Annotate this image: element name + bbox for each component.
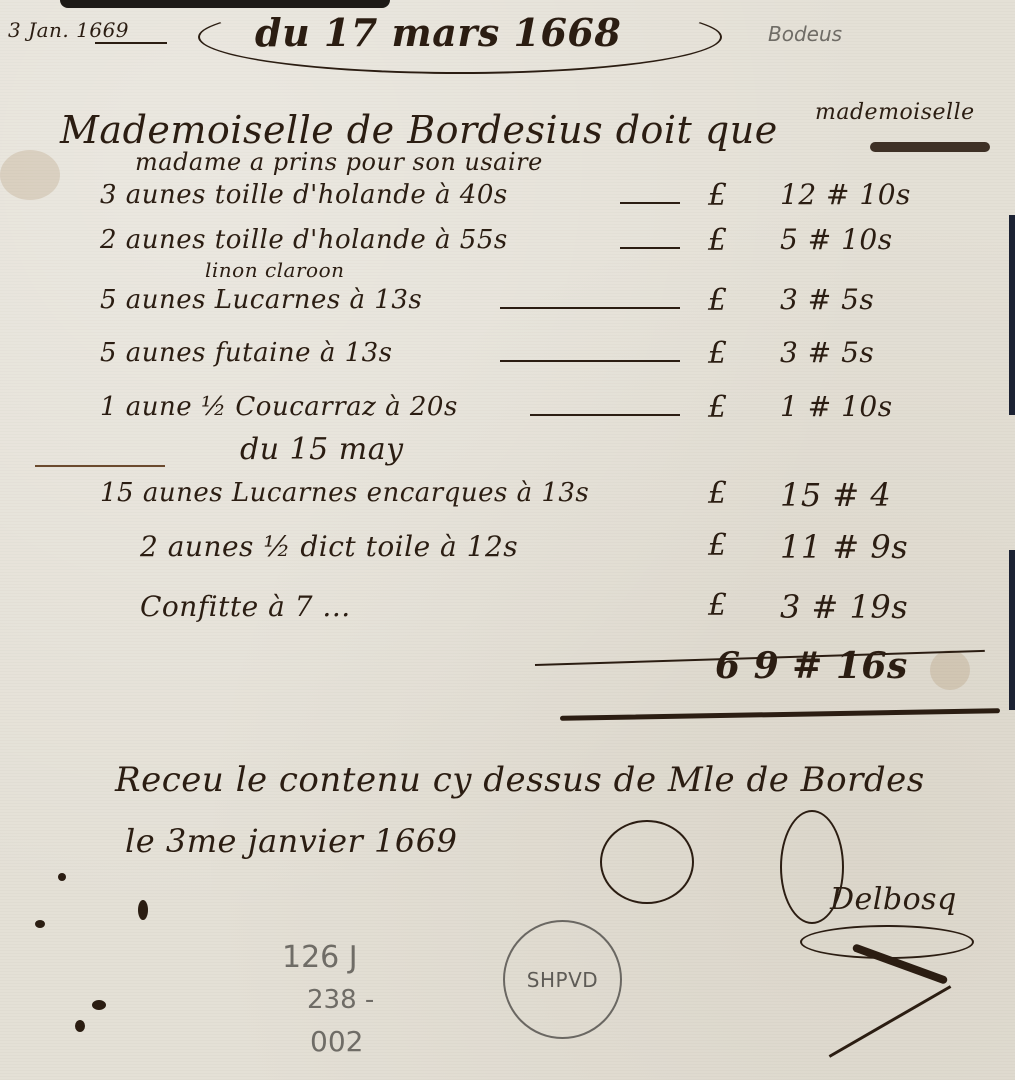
currency-mark: £ [708,390,728,425]
signature-underline-loop [800,925,974,959]
leader-dash [620,247,680,249]
item-description: 3 aunes toille d'holande à 40s [100,180,508,210]
item-description: 1 aune ½ Coucarraz à 20s [100,392,458,422]
item-amount: 5 # 10s [780,223,893,256]
total-amount: 6 9 # 16s [715,645,908,687]
heading-line-2: madame a prins pour son usaire [135,148,543,176]
receipt-line-1: Receu le contenu cy dessus de Mle de Bor… [115,760,925,800]
leader-dash [530,414,680,416]
ink-blot [75,1020,85,1032]
currency-mark: £ [708,223,728,258]
item-amount: 3 # 19s [780,588,908,626]
crossed-out-text [870,142,990,152]
item-description: Confitte à 7 ... [140,590,351,623]
ink-blot [138,900,148,920]
item-amount: 11 # 9s [780,528,908,566]
ink-blot [58,873,66,881]
item-amount: 15 # 4 [780,476,891,514]
receipt-line-2: le 3me janvier 1669 [125,822,457,860]
foxing-stain [930,650,970,690]
item-description: 2 aunes ½ dict toile à 12s [140,530,518,563]
leader-dash [500,307,680,309]
item-description: 15 aunes Lucarnes encarques à 13s [100,478,589,508]
item-amount: 3 # 5s [780,283,874,316]
manuscript-page: 3 Jan. 1669 du 17 mars 1668 Bodeus madem… [0,0,1015,1080]
leader-dash [500,360,680,362]
archive-stamp: SHPVD [503,920,622,1039]
interline-note: linon claroon [205,258,345,282]
closing-flourish-stroke [560,708,1000,721]
item-description: 5 aunes futaine à 13s [100,338,393,368]
item-amount: 3 # 5s [780,336,874,369]
currency-mark: £ [708,528,728,563]
pencil-annotation: Bodeus [768,22,842,46]
ledger-row: 1 aune ½ Coucarraz à 20s £ 1 # 10s [0,392,1015,442]
ink-blot [35,920,45,928]
margin-date-note: 3 Jan. 1669 [8,18,129,42]
margin-note-underline [95,42,167,44]
ledger-row: 5 aunes Lucarnes à 13s £ 3 # 5s [0,285,1015,335]
signature: Delbosq [830,882,957,917]
section-date: du 15 may [240,432,404,467]
currency-mark: £ [708,178,728,213]
brown-stroke [35,465,165,467]
ledger-row: 5 aunes futaine à 13s £ 3 # 5s [0,338,1015,388]
heading-date: du 17 mars 1668 [255,10,621,55]
ledger-row: Confitte à 7 ... £ 3 # 19s [0,590,1015,640]
currency-mark: £ [708,588,728,623]
ledger-row: 15 aunes Lucarnes encarques à 13s £ 15 #… [0,478,1015,528]
ink-blot [92,1000,106,1010]
marginal-name: mademoiselle [815,100,975,125]
item-description: 5 aunes Lucarnes à 13s [100,285,422,315]
item-amount: 1 # 10s [780,390,893,423]
currency-mark: £ [708,336,728,371]
ledger-row: 2 aunes ½ dict toile à 12s £ 11 # 9s [0,530,1015,580]
archive-ref-line-2: 238 - [307,985,374,1015]
signature-tail [829,985,952,1058]
item-amount: 12 # 10s [780,178,911,211]
leader-dash [620,202,680,204]
currency-mark: £ [708,283,728,318]
archive-ref-line-1: 126 J [282,940,358,975]
archive-ref-line-3: 002 [310,1025,363,1058]
ledger-row: 2 aunes toille d'holande à 55s £ 5 # 10s [0,225,1015,275]
currency-mark: £ [708,476,728,511]
heading-line-1: Mademoiselle de Bordesius doit que [60,108,778,152]
item-description: 2 aunes toille d'holande à 55s [100,225,508,255]
signature-flourish [600,820,694,904]
stamp-text: SHPVD [527,968,598,992]
